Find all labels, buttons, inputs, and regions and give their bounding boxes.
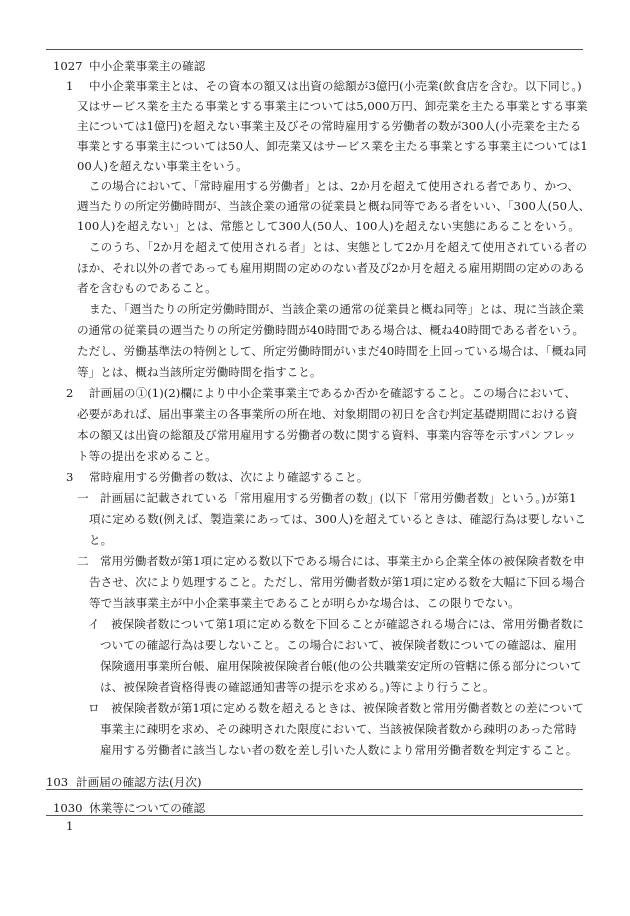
section-number: 1030	[53, 800, 83, 816]
text-line: 等」とは、概ね当該所定労働時間を指すこと。	[77, 364, 322, 380]
text-line: また、「週当たりの所定労働時間が、当該企業の通常の従業員と概ね同等」とは、現に当…	[89, 301, 584, 317]
section-title: 計画届の確認方法(月次)	[76, 774, 202, 790]
text-line: 本の額又は出資の総額及び常用雇用する労働者の数に関する資料、事業内容等を示すパン…	[77, 427, 576, 443]
text-line: 常用労働者数が第1項に定める数以下である場合には、事業主から企業全体の被保険者数…	[100, 553, 585, 569]
section-number: 103	[46, 774, 68, 790]
top-rule	[46, 49, 583, 50]
item-number: 3	[66, 469, 73, 485]
subsubitem-number: イ	[88, 616, 100, 632]
text-line: の通常の従業員の週当たりの所定労働時間が40時間である場合は、概ね40時間である…	[77, 322, 584, 338]
text-line: ほか、それ以外の者であっても雇用期間の定めのない者及び2か月を超える雇用期間の定…	[77, 260, 585, 276]
text-line: 等で当該事業主が中小企業事業主であることが明らかな場合は、この限りでない。	[89, 595, 520, 611]
text-line: ただし、労働基準法の特例として、所定労働時間がいまだ40時間を上回っている場合は…	[77, 343, 587, 359]
subitem-number: 一	[77, 490, 89, 506]
text-line: 00人)を超えない事業主をいう。	[77, 158, 248, 174]
text-line: 事業主に疎明を求め、その疎明された限度において、当該被保険者数から疎明のあった常…	[100, 721, 577, 737]
section-rule	[46, 789, 583, 790]
text-line: 必要があれば、届出事業主の各事業所の所在地、対象期間の初日を含む判定基礎期間にお…	[77, 406, 578, 422]
section-title: 中小企業事業主の確認	[89, 58, 205, 74]
section-number: 1027	[53, 58, 83, 74]
subitem-number: 二	[77, 553, 89, 569]
text-line: 中小企業事業主とは、その資本の額又は出資の総額が3億円(小売業(飲食店を含む。以…	[89, 78, 582, 94]
section-title: 休業等についての確認	[89, 800, 205, 816]
text-line: は、被保険者資格得喪の確認通知書等の提示を求める。)等により行うこと。	[100, 679, 495, 695]
item-number: 1	[66, 78, 73, 94]
text-line: ト等の提出を求めること。	[77, 448, 217, 464]
section-rule	[46, 815, 583, 816]
text-line: と。	[89, 532, 112, 548]
text-line: 保険適用事業所台帳、雇用保険被保険者台帳(他の公共職業安定所の管轄に係る部分につ…	[100, 658, 582, 674]
item-number: 1	[66, 818, 73, 834]
text-line: 者を含むものであること。	[77, 280, 217, 296]
text-line: 被保険者数について第1項に定める数を下回ることが確認される場合には、常用労働者数…	[111, 616, 584, 632]
text-line: このうち、「2か月を超えて使用される者」とは、実態として2か月を超えて使用されて…	[89, 239, 587, 255]
text-line: 項に定める数(例えば、製造業にあっては、300人)を超えているときは、確認行為は…	[89, 511, 586, 527]
text-line: 告させ、次により処理すること。ただし、常用労働者数が第1項に定める数を大幅に下回…	[89, 574, 585, 590]
text-line: 又はサービス業を主たる事業とする事業主については5,000万円、卸売業を主たる事…	[77, 98, 588, 114]
text-line: 常時雇用する労働者の数は、次により確認すること。	[89, 469, 368, 485]
text-line: 計画届に記載されている「常用雇用する労働者の数」(以下「常用労働者数」という。)…	[100, 490, 577, 506]
text-line: この場合において、「常時雇用する労働者」とは、2か月を超えて使用される者であり、…	[89, 178, 579, 194]
text-line: 事業とする事業主については50人、卸売業又はサービス業を主たる事業とする事業主に…	[77, 138, 588, 154]
text-line: 主については1億円)を超えない事業主及びその常時雇用する労働者の数が300人(小…	[77, 118, 581, 134]
text-line: 週当たりの所定労働時間が、当該企業の通常の従業員と概ね同等である者をいい、「30…	[77, 198, 590, 214]
text-line: 100人)を超えない」とは、常態として300人(50人、100人)を超えない実態…	[77, 218, 580, 234]
item-number: 2	[66, 385, 73, 401]
text-line: ついての確認行為は要しないこと。この場合において、被保険者数についての確認は、雇…	[100, 637, 577, 653]
text-line: 被保険者数が第1項に定める数を超えるときは、被保険者数と常用労働者数との差につい…	[111, 700, 584, 716]
text-line: 雇用する労働者に該当しない者の数を差し引いた人数により常用労働者数を判定すること…	[100, 742, 577, 758]
document-page: 1027 中小企業事業主の確認 1 中小企業事業主とは、その資本の額又は出資の総…	[0, 0, 630, 916]
subsubitem-number: ロ	[88, 700, 100, 716]
text-line: 計画届の①(1)(2)欄により中小企業事業主であるか否かを確認すること。この場合…	[89, 385, 576, 401]
